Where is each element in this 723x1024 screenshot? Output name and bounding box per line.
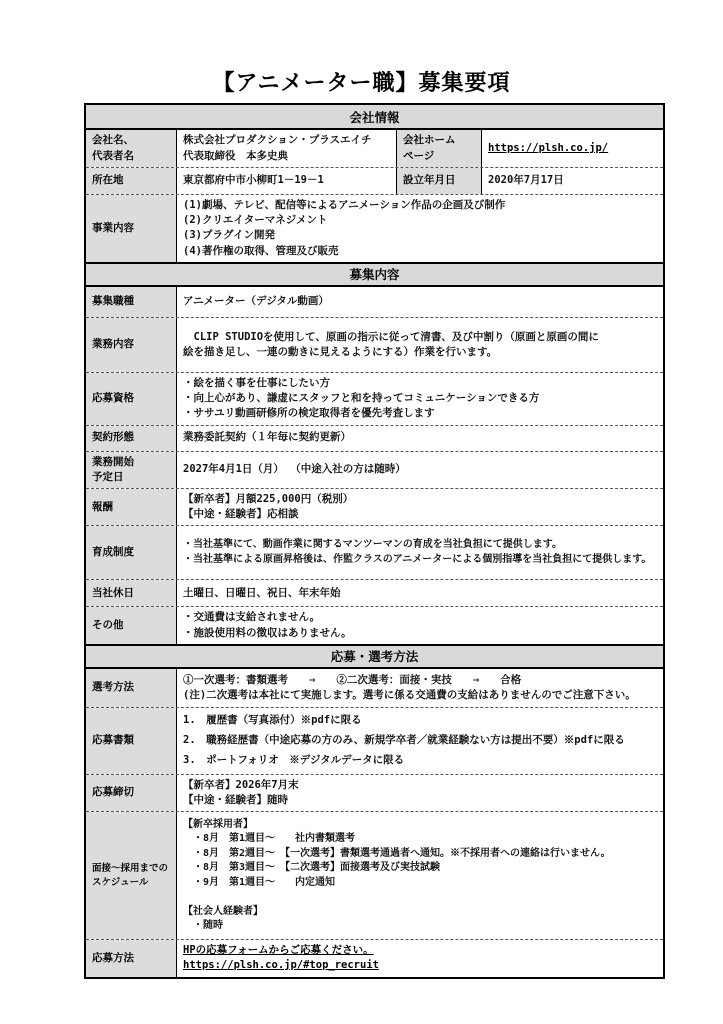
- row-label: 面接～採用までの スケジュール: [86, 812, 177, 939]
- row-application-method: 応募方法 HPの応募フォームからご応募ください。 https://plsh.co…: [86, 939, 663, 976]
- section-header-application: 応募・選考方法: [86, 644, 663, 669]
- row-label: 会社名、 代表者名: [86, 130, 177, 167]
- row-value: 【新卒者】月額225,000円（税別） 【中途・経験者】応相談: [177, 489, 663, 525]
- row-value: (1)劇場、テレビ、配信等によるアニメーション作品の企画及び制作 (2)クリエイ…: [177, 195, 663, 262]
- section-header-company-info: 会社情報: [86, 105, 663, 130]
- row-value: 【新卒者】2026年7月末 【中途・経験者】随時: [177, 775, 663, 811]
- row-value: ①一次選考：書類選考 ⇒ ②二次選考：面接・実技 ⇒ 合格 (注)二次選考は本社…: [177, 669, 663, 707]
- row-application-deadline: 応募締切 【新卒者】2026年7月末 【中途・経験者】随時: [86, 774, 663, 811]
- section-header-recruitment: 募集内容: [86, 262, 663, 287]
- row-label: 育成制度: [86, 526, 177, 579]
- row-value: 株式会社プロダクション・プラスエイチ 代表取締役 本多史典: [177, 130, 397, 167]
- row-business: 事業内容 (1)劇場、テレビ、配信等によるアニメーション作品の企画及び制作 (2…: [86, 194, 663, 262]
- row-label: 契約形態: [86, 426, 177, 451]
- row-holidays: 当社休日 土曜日、日曜日、祝日、年末年始: [86, 579, 663, 606]
- row-value: https://plsh.co.jp/: [482, 130, 663, 167]
- row-value: 2020年7月17日: [482, 168, 663, 194]
- row-value: ・絵を描く事を仕事にしたい方 ・向上心があり、謙虚にスタッフと和を持ってコミュニ…: [177, 373, 663, 425]
- row-qualifications: 応募資格 ・絵を描く事を仕事にしたい方 ・向上心があり、謙虚にスタッフと和を持っ…: [86, 372, 663, 425]
- document-page: 【アニメーター職】募集要項 会社情報 会社名、 代表者名 株式会社プロダクション…: [0, 0, 723, 1024]
- row-label: 設立年月日: [397, 168, 482, 194]
- row-training: 育成制度 ・当社基準にて、動画作業に関するマンツーマンの育成を当社負担にて提供し…: [86, 525, 663, 579]
- apply-form-link[interactable]: HPの応募フォームからご応募ください。: [183, 943, 379, 958]
- row-label: 所在地: [86, 168, 177, 194]
- row-label: 会社ホーム ページ: [397, 130, 482, 167]
- row-value: ・当社基準にて、動画作業に関するマンツーマンの育成を当社負担にて提供します。 ・…: [177, 526, 663, 579]
- row-label: 応募資格: [86, 373, 177, 425]
- section-title: 応募・選考方法: [331, 647, 419, 665]
- row-value: 【新卒採用者】 ・8月 第1週目～ 社内書類選考 ・8月 第2週目～ 【一次選考…: [177, 812, 663, 939]
- row-label: 業務内容: [86, 318, 177, 372]
- row-position: 募集職種 アニメーター（デジタル動画）: [86, 287, 663, 317]
- row-label: 事業内容: [86, 195, 177, 262]
- row-start-date: 業務開始 予定日 2027年4月1日（月） （中途入社の方は随時）: [86, 451, 663, 488]
- row-compensation: 報酬 【新卒者】月額225,000円（税別） 【中途・経験者】応相談: [86, 488, 663, 525]
- row-job-description: 業務内容 CLIP STUDIOを使用して、原画の指示に従って清書、及び中割り（…: [86, 317, 663, 372]
- row-label: 報酬: [86, 489, 177, 525]
- apply-form-url-link[interactable]: https://plsh.co.jp/#top_recruit: [183, 958, 379, 973]
- row-value: HPの応募フォームからご応募ください。 https://plsh.co.jp/#…: [177, 940, 663, 976]
- row-value: 東京都府中市小柳町1－19－1: [177, 168, 397, 194]
- row-label: その他: [86, 607, 177, 643]
- row-screening-method: 選考方法 ①一次選考：書類選考 ⇒ ②二次選考：面接・実技 ⇒ 合格 (注)二次…: [86, 669, 663, 707]
- row-value: CLIP STUDIOを使用して、原画の指示に従って清書、及び中割り（原画と原画…: [177, 318, 663, 372]
- row-value: アニメーター（デジタル動画）: [177, 287, 663, 317]
- row-hiring-schedule: 面接～採用までの スケジュール 【新卒採用者】 ・8月 第1週目～ 社内書類選考…: [86, 811, 663, 939]
- row-label: 選考方法: [86, 669, 177, 707]
- row-value: 土曜日、日曜日、祝日、年末年始: [177, 580, 663, 606]
- row-label: 応募書類: [86, 708, 177, 774]
- row-application-documents: 応募書類 1. 履歴書（写真添付）※pdfに限る 2. 職務経歴書（中途応募の方…: [86, 707, 663, 774]
- row-value: ・交通費は支給されません。 ・施設使用料の徴収はありません。: [177, 607, 663, 643]
- row-label: 募集職種: [86, 287, 177, 317]
- row-value: 2027年4月1日（月） （中途入社の方は随時）: [177, 452, 663, 488]
- row-contract-type: 契約形態 業務委託契約（１年毎に契約更新）: [86, 425, 663, 451]
- row-label: 応募締切: [86, 775, 177, 811]
- page-title: 【アニメーター職】募集要項: [0, 0, 723, 102]
- row-label: 業務開始 予定日: [86, 452, 177, 488]
- row-other: その他 ・交通費は支給されません。 ・施設使用料の徴収はありません。: [86, 606, 663, 643]
- recruitment-table: 会社情報 会社名、 代表者名 株式会社プロダクション・プラスエイチ 代表取締役 …: [84, 103, 665, 979]
- section-title: 募集内容: [349, 265, 399, 283]
- row-company-name: 会社名、 代表者名 株式会社プロダクション・プラスエイチ 代表取締役 本多史典 …: [86, 130, 663, 167]
- row-address: 所在地 東京都府中市小柳町1－19－1 設立年月日 2020年7月17日: [86, 167, 663, 194]
- row-label: 当社休日: [86, 580, 177, 606]
- section-title: 会社情報: [349, 108, 399, 126]
- row-value: 1. 履歴書（写真添付）※pdfに限る 2. 職務経歴書（中途応募の方のみ、新規…: [177, 708, 663, 774]
- row-label: 応募方法: [86, 940, 177, 976]
- company-homepage-link[interactable]: https://plsh.co.jp/: [488, 141, 608, 156]
- row-value: 業務委託契約（１年毎に契約更新）: [177, 426, 663, 451]
